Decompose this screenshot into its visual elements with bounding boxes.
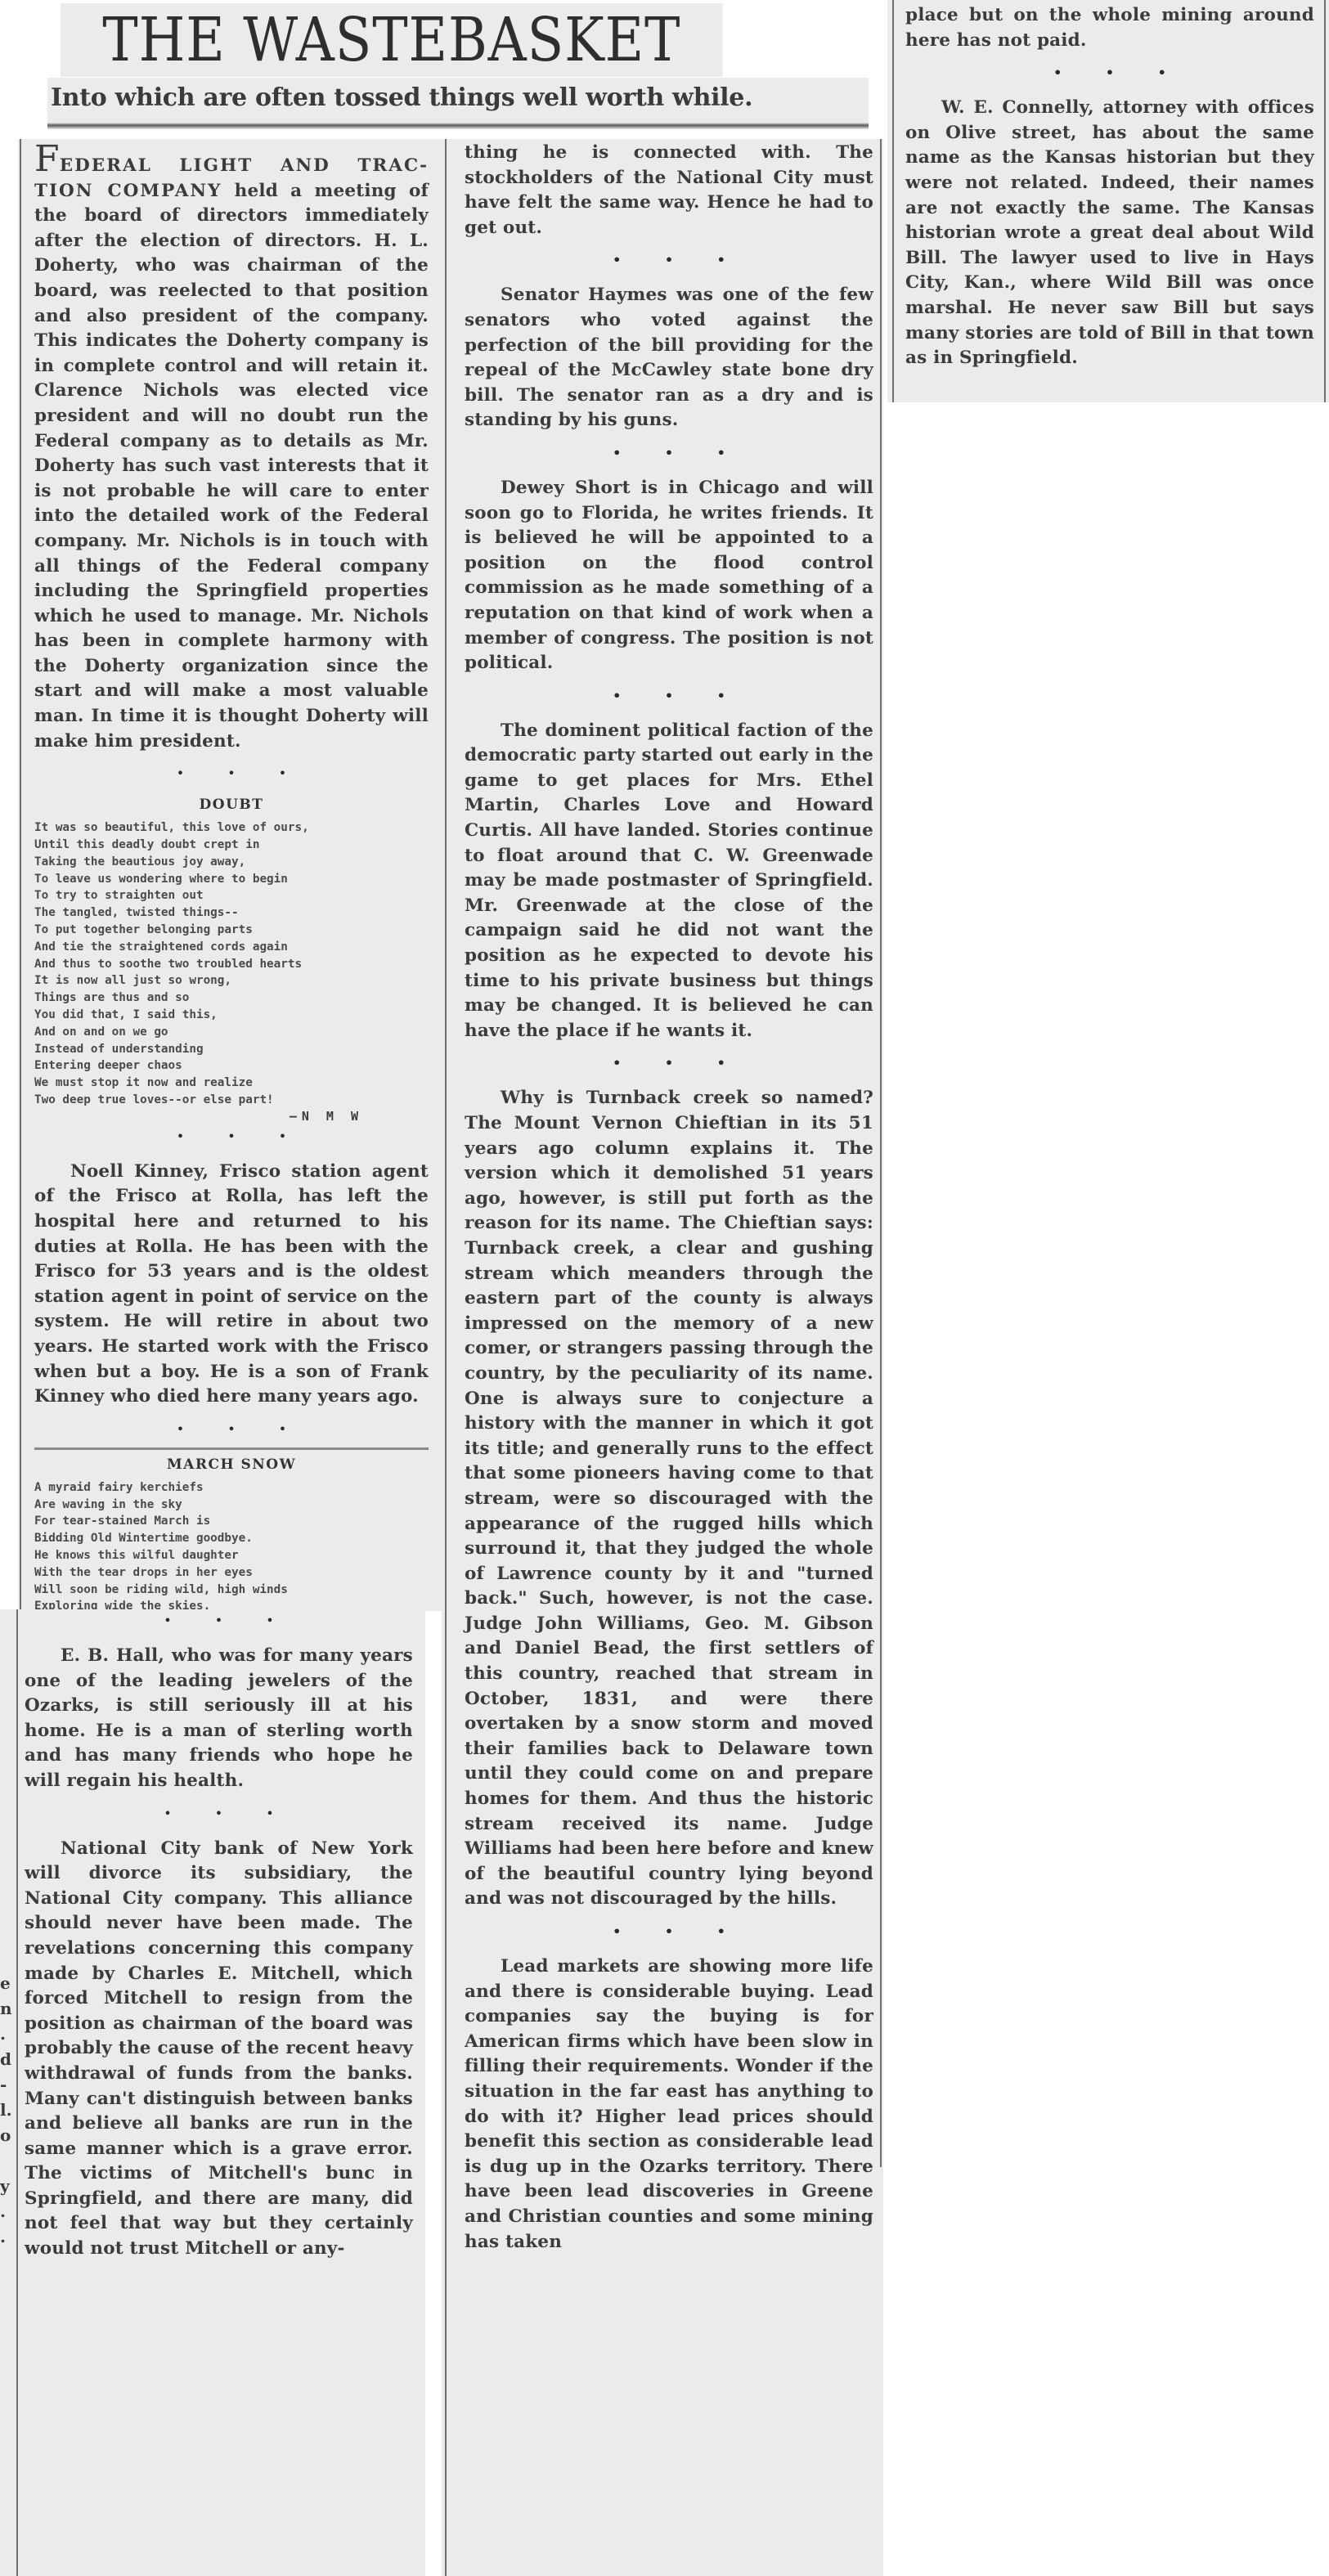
column-divider — [16, 1609, 18, 2576]
separator: • • • — [25, 1609, 413, 1632]
article-national-city: National City bank of New York will divo… — [25, 1837, 413, 2262]
poem-line: Taking the beautious joy away, — [34, 854, 429, 871]
poem-line: Will soon be riding wild, high winds — [34, 1582, 429, 1599]
poem-title-march-snow: MARCH SNOW — [34, 1456, 429, 1473]
column-3: place but on the whole mining around her… — [887, 0, 1329, 402]
article-lead-continued: place but on the whole mining around her… — [905, 3, 1314, 53]
poem-line: Entering deeper chaos — [34, 1057, 429, 1075]
fragment-char: d — [0, 2047, 16, 2072]
poem-line: And on and on we go — [34, 1024, 429, 1041]
separator: • • • — [34, 1418, 429, 1441]
column-divider — [892, 0, 894, 402]
column-2: thing he is connected with. The stockhol… — [442, 139, 883, 2576]
poem-line: To try to straighten out — [34, 887, 429, 904]
poem-line: And tie the straightened cords again — [34, 939, 429, 956]
fragment-char: . — [0, 2224, 16, 2250]
separator: • • • — [905, 61, 1314, 84]
poem-line: Are waving in the sky — [34, 1497, 429, 1514]
article-connelly: W. E. Connelly, attorney with offices on… — [905, 96, 1314, 371]
poem-line: Bidding Old Wintertime goodbye. — [34, 1530, 429, 1547]
poem-line: You did that, I said this, — [34, 1007, 429, 1024]
poem-doubt: It was so beautiful, this love of ours,U… — [34, 819, 429, 1109]
drop-cap: F — [34, 138, 60, 180]
poem-line: To put together belonging parts — [34, 922, 429, 939]
adjacent-column-fragment: en.d-l.o y.. — [0, 1971, 16, 2250]
article-body: held a meeting of the board of directors… — [34, 181, 429, 752]
article-turnback: Why is Turnback creek so named? The Moun… — [465, 1086, 873, 1912]
poem-line: Two deep true loves--or else part! — [34, 1092, 429, 1109]
poem-line: It was so beautiful, this love of ours, — [34, 819, 429, 837]
article-kinney-body: Noell Kinney, Frisco station agent of th… — [34, 1160, 429, 1410]
separator: • • • — [465, 1920, 873, 1943]
poem-line: He knows this wilful daughter — [34, 1547, 429, 1564]
column-1: FEDERAL LIGHT AND TRAC- TION COMPANY hel… — [18, 139, 443, 1611]
article-haymes: Senator Haymes was one of the few senato… — [465, 283, 873, 433]
section-rule — [34, 1447, 429, 1450]
poem-line: A myraid fairy kerchiefs — [34, 1479, 429, 1497]
masthead-subtitle: Into which are often tossed things well … — [47, 78, 869, 123]
poem-line: Until this deadly doubt crept in — [34, 837, 429, 854]
separator: • • • — [465, 1052, 873, 1075]
poem-line: With the tear drops in her eyes — [34, 1564, 429, 1582]
poem-title-doubt: DOUBT — [34, 797, 429, 813]
fragment-char — [0, 2148, 16, 2174]
fragment-char: y — [0, 2174, 16, 2199]
column-divider — [445, 139, 447, 2576]
fragment-char: . — [0, 2199, 16, 2224]
separator: • • • — [465, 684, 873, 707]
article-federal: FEDERAL LIGHT AND TRAC- TION COMPANY hel… — [34, 147, 429, 754]
separator: • • • — [34, 1125, 429, 1148]
article-lead-markets: Lead markets are showing more life and t… — [465, 1954, 873, 2255]
poem-line: It is now all just so wrong, — [34, 972, 429, 990]
column-divider — [20, 139, 21, 1611]
article-faction: The dominent political faction of the de… — [465, 719, 873, 1044]
column-divider — [880, 139, 882, 2167]
separator: • • • — [25, 1802, 413, 1825]
poem-line: The tangled, twisted things-- — [34, 904, 429, 922]
fragment-char: e — [0, 1971, 16, 1996]
poem-signature: —N M W — [34, 1109, 429, 1124]
article-short: Dewey Short is in Chicago and will soon … — [465, 476, 873, 676]
column-divider — [1324, 0, 1326, 402]
poem-line: For tear-stained March is — [34, 1513, 429, 1530]
article-kinney: Noell Kinney, Frisco station agent of th… — [34, 1160, 429, 1410]
fragment-char: - — [0, 2072, 16, 2098]
separator: • • • — [465, 249, 873, 272]
fragment-char: l. — [0, 2098, 16, 2123]
poem-line: We must stop it now and realize — [34, 1075, 429, 1092]
separator: • • • — [465, 442, 873, 464]
masthead-title: THE WASTEBASKET — [61, 3, 723, 77]
masthead-rule — [47, 123, 869, 129]
fragment-char: n — [0, 1996, 16, 2022]
poem-line: Instead of understanding — [34, 1041, 429, 1058]
poem-line: Things are thus and so — [34, 990, 429, 1007]
article-hall: E. B. Hall, who was for many years one o… — [25, 1644, 413, 1794]
fragment-char: o — [0, 2123, 16, 2148]
separator: • • • — [34, 762, 429, 785]
poem-line: And thus to soothe two troubled hearts — [34, 956, 429, 973]
fragment-char: . — [0, 2022, 16, 2047]
poem-line: To leave us wondering where to begin — [34, 871, 429, 888]
column-1-lower: • • • E. B. Hall, who was for many years… — [0, 1609, 425, 2576]
article-national-city-continued: thing he is connected with. The stockhol… — [465, 141, 873, 240]
